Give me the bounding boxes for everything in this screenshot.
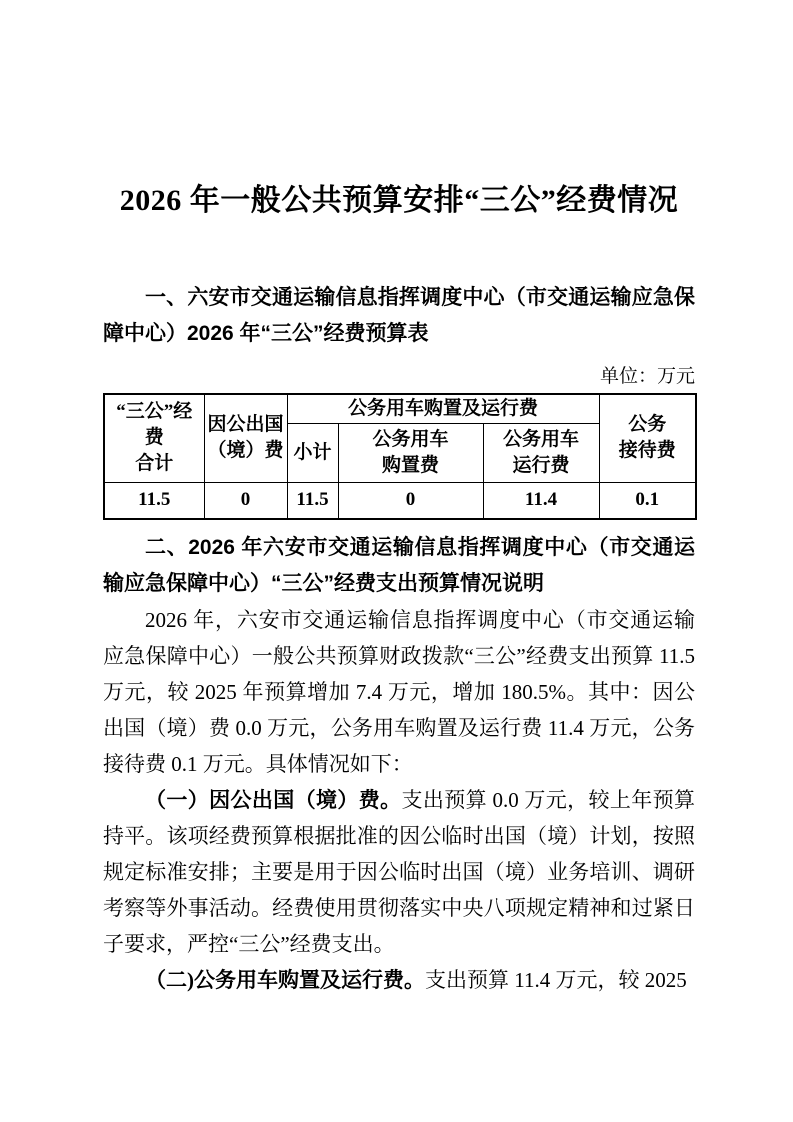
header-cell-total: “三公”经费 合计 — [104, 394, 204, 482]
header-cell-purchase: 公务用车 购置费 — [338, 423, 483, 482]
value-cell-abroad: 0 — [204, 482, 287, 519]
item2-lead-label: （二)公务用车购置及运行费。 — [145, 968, 425, 992]
paragraph-item2: （二)公务用车购置及运行费。支出预算 11.4 万元，较 2025 — [103, 962, 695, 998]
value-cell-subtotal: 11.5 — [287, 482, 338, 519]
table-data-row: 11.5 0 11.5 0 11.4 0.1 — [104, 482, 696, 519]
table-unit-label: 单位：万元 — [103, 364, 695, 390]
value-cell-purchase: 0 — [338, 482, 483, 519]
value-cell-reception: 0.1 — [599, 482, 696, 519]
section2-heading: 二、2026 年六安市交通运输信息指挥调度中心（市交通运输应急保障中心）“三公”… — [103, 530, 695, 602]
item1-lead-label: （一）因公出国（境）费。 — [145, 788, 401, 812]
paragraph-item1: （一）因公出国（境）费。支出预算 0.0 万元，较上年预算持平。该项经费预算根据… — [103, 782, 695, 962]
budget-table: “三公”经费 合计 因公出国 （境）费 公务用车购置及运行费 公务 接待费 小计… — [103, 393, 697, 520]
item2-body-text: 支出预算 11.4 万元，较 2025 — [425, 968, 687, 992]
value-cell-operation: 11.4 — [483, 482, 599, 519]
document-page: 2026 年一般公共预算安排“三公”经费情况 一、六安市交通运输信息指挥调度中心… — [0, 0, 793, 1122]
item1-body-text: 支出预算 0.0 万元，较上年预算持平。该项经费预算根据批准的因公临时出国（境）… — [103, 788, 695, 956]
header-cell-abroad: 因公出国 （境）费 — [204, 394, 287, 482]
document-title: 2026 年一般公共预算安排“三公”经费情况 — [103, 180, 695, 222]
header-cell-operation: 公务用车 运行费 — [483, 423, 599, 482]
header-cell-subtotal: 小计 — [287, 423, 338, 482]
header-cell-reception: 公务 接待费 — [599, 394, 696, 482]
value-cell-total: 11.5 — [104, 482, 204, 519]
table-header-row-1: “三公”经费 合计 因公出国 （境）费 公务用车购置及运行费 公务 接待费 — [104, 394, 696, 423]
header-cell-vehicle-group: 公务用车购置及运行费 — [287, 394, 599, 423]
paragraph-summary: 2026 年，六安市交通运输信息指挥调度中心（市交通运输应急保障中心）一般公共预… — [103, 602, 695, 782]
section1-heading: 一、六安市交通运输信息指挥调度中心（市交通运输应急保障中心）2026 年“三公”… — [103, 280, 695, 352]
